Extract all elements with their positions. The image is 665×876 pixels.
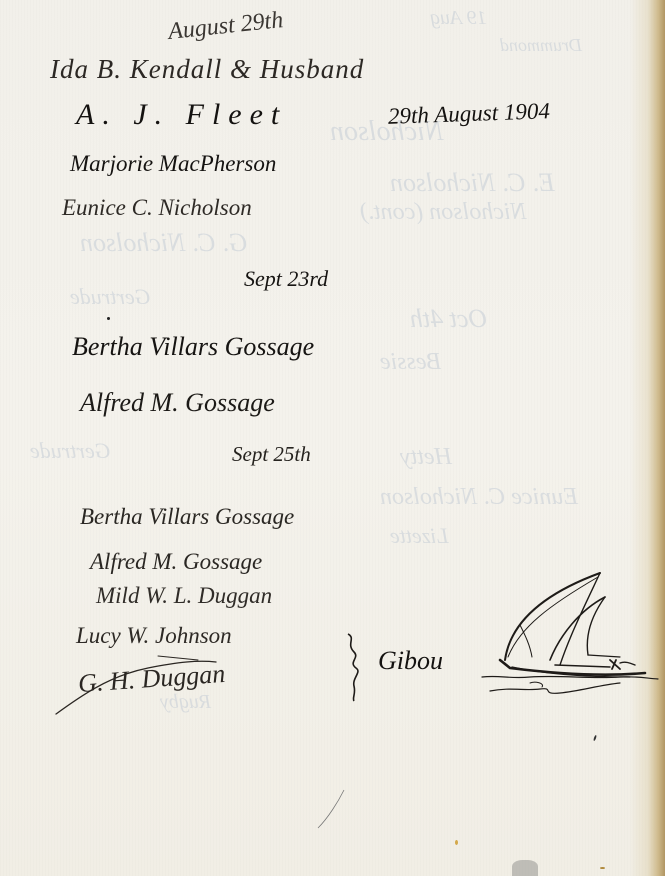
guest-book-page: 19 Aug Drummond Nicholson E. C. Nicholso… [0, 0, 665, 876]
entry-bertha-gossage-2: Bertha Villars Gossage [80, 505, 294, 528]
ink-speck [512, 860, 538, 876]
bleed-text: 19 Aug [430, 8, 487, 28]
bleed-text: Lizette [390, 525, 449, 547]
ink-speck [455, 840, 458, 845]
pencil-stroke [316, 788, 346, 830]
bleed-text: Drummond [500, 36, 582, 54]
entry-date-sept-25: Sept 25th [232, 444, 311, 465]
bleed-text: Eunice C. Nicholson [380, 485, 578, 509]
entry-johnson: Lucy W. Johnson [76, 624, 232, 647]
entry-bertha-gossage-1: Bertha Villars Gossage [72, 334, 314, 360]
signature-flourish [48, 648, 278, 718]
entry-aj-fleet: A. J. Fleet [76, 100, 287, 130]
entry-alfred-gossage-2: Alfred M. Gossage [90, 550, 262, 573]
ink-speck [107, 317, 110, 320]
ink-speck [600, 867, 605, 869]
entry-eunice-nicholson: Eunice C. Nicholson [62, 196, 252, 219]
bleed-text: E. C. Nicholson [390, 170, 555, 196]
bleed-text: Gertrude [70, 286, 151, 308]
bleed-text: Gertrude [30, 440, 111, 462]
entry-date-august-29: August 29th [167, 8, 284, 44]
entry-marjorie-macpherson: Marjorie MacPherson [70, 152, 276, 175]
bleed-text: Nicholson (cont.) [360, 200, 527, 224]
entry-duggan: Mild W. L. Duggan [96, 584, 272, 607]
bleed-text: Hetty [400, 445, 452, 469]
entry-gibou: Gibou [378, 648, 443, 674]
bleed-text: G. C. Nicholson [80, 230, 248, 256]
entry-aj-fleet-date: 29th August 1904 [388, 99, 551, 128]
bleed-text: Bessie [380, 350, 441, 374]
sailboat-sketch-icon [470, 565, 660, 705]
entry-date-sept-23: Sept 23rd [244, 268, 328, 290]
entry-ida-kendall: Ida B. Kendall & Husband [50, 56, 364, 83]
brace-mark [340, 632, 370, 702]
ink-speck [593, 735, 597, 741]
bleed-text: Oct 4th [410, 306, 487, 332]
entry-alfred-gossage-1: Alfred M. Gossage [80, 390, 275, 416]
